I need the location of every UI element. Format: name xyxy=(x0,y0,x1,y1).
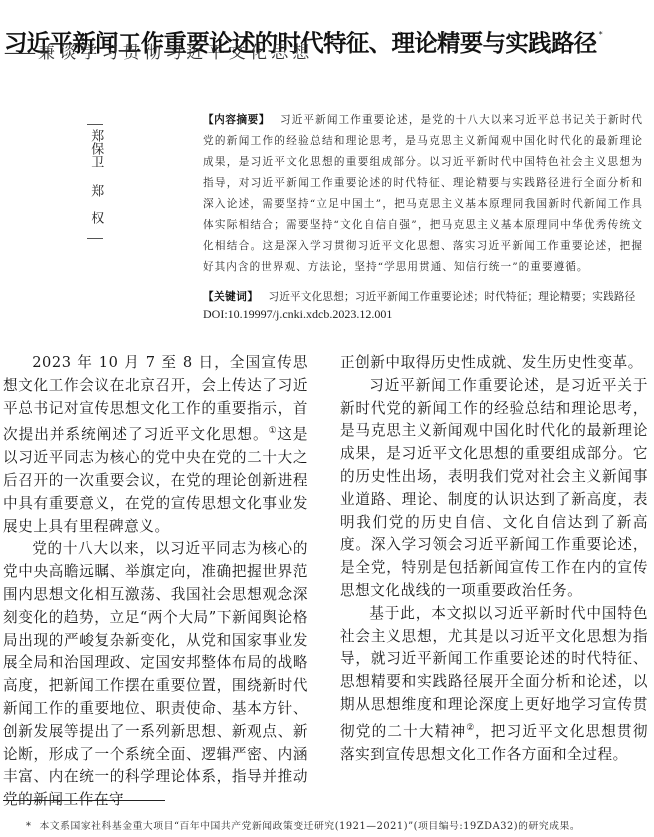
footnote-divider xyxy=(3,800,165,801)
body-column-left: 2023 年 10 月 7 至 8 日，全国宣传思想文化工作会议在北京召开，会上… xyxy=(3,352,308,812)
footnote-ref[interactable]: ① xyxy=(269,426,278,436)
article-subtitle: ——兼谈学习贯彻习近平文化思想 xyxy=(4,40,314,66)
subtitle-dash: —— xyxy=(4,43,34,63)
keywords-label: 【关键词】 xyxy=(203,291,258,303)
keywords: 【关键词】习近平文化思想；习近平新闻工作重要论述；时代特征；理论精要；实践路径 xyxy=(203,288,648,306)
title-footnote-mark[interactable]: * xyxy=(599,30,602,39)
abstract: 【内容摘要】习近平新闻工作重要论述，是党的十八大以来习近平总书记关于新时代党的新… xyxy=(203,110,643,278)
abstract-label: 【内容摘要】 xyxy=(203,114,270,126)
body-paragraph: 2023 年 10 月 7 至 8 日，全国宣传思想文化工作会议在北京召开，会上… xyxy=(3,352,308,538)
body-paragraph: 习近平新闻工作重要论述，是习近平关于新时代党的新闻工作的经验总结和理论思考，是马… xyxy=(340,375,648,603)
abstract-text: 习近平新闻工作重要论述，是党的十八大以来习近平总书记关于新时代党的新闻工作的经验… xyxy=(203,114,643,273)
subtitle-text: 兼谈学习贯彻习近平文化思想 xyxy=(38,43,314,63)
author-list: 郑保卫 郑权 xyxy=(86,124,104,239)
author-name: 郑保卫 xyxy=(88,129,103,168)
body-paragraph-continued: 正创新中取得历史性成就、发生历史性变革。 xyxy=(340,352,648,375)
footnote: *本文系国家社科基金重大项目“百年中国共产党新闻政策变迁研究(1921—2021… xyxy=(26,818,580,832)
body-paragraph: 党的十八大以来，以习近平同志为核心的党中央高瞻远瞩、举旗定向，准确把握世界范围内… xyxy=(3,538,308,812)
body-paragraph: 基于此，本文拟以习近平新时代中国特色社会主义思想，尤其是以习近平文化思想为指导，… xyxy=(340,603,648,767)
footnote-mark: * xyxy=(26,821,31,832)
paragraph-text: 2023 年 10 月 7 至 8 日，全国宣传思想文化工作会议在北京召开，会上… xyxy=(3,354,308,443)
author-divider-bottom xyxy=(87,238,103,239)
footnote-ref[interactable]: ② xyxy=(466,723,475,733)
paragraph-text: 基于此，本文拟以习近平新时代中国特色社会主义思想，尤其是以习近平文化思想为指导，… xyxy=(340,605,648,740)
doi[interactable]: DOI:10.19997/j.cnki.xdcb.2023.12.001 xyxy=(203,307,392,322)
keywords-text: 习近平文化思想；习近平新闻工作重要论述；时代特征；理论精要；实践路径 xyxy=(268,291,635,303)
author-name: 郑权 xyxy=(88,184,103,238)
footnote-text: 本文系国家社科基金重大项目“百年中国共产党新闻政策变迁研究(1921—2021)… xyxy=(39,821,580,832)
body-column-right: 正创新中取得历史性成就、发生历史性变革。 习近平新闻工作重要论述，是习近平关于新… xyxy=(340,352,648,766)
author-divider-top xyxy=(87,124,103,125)
